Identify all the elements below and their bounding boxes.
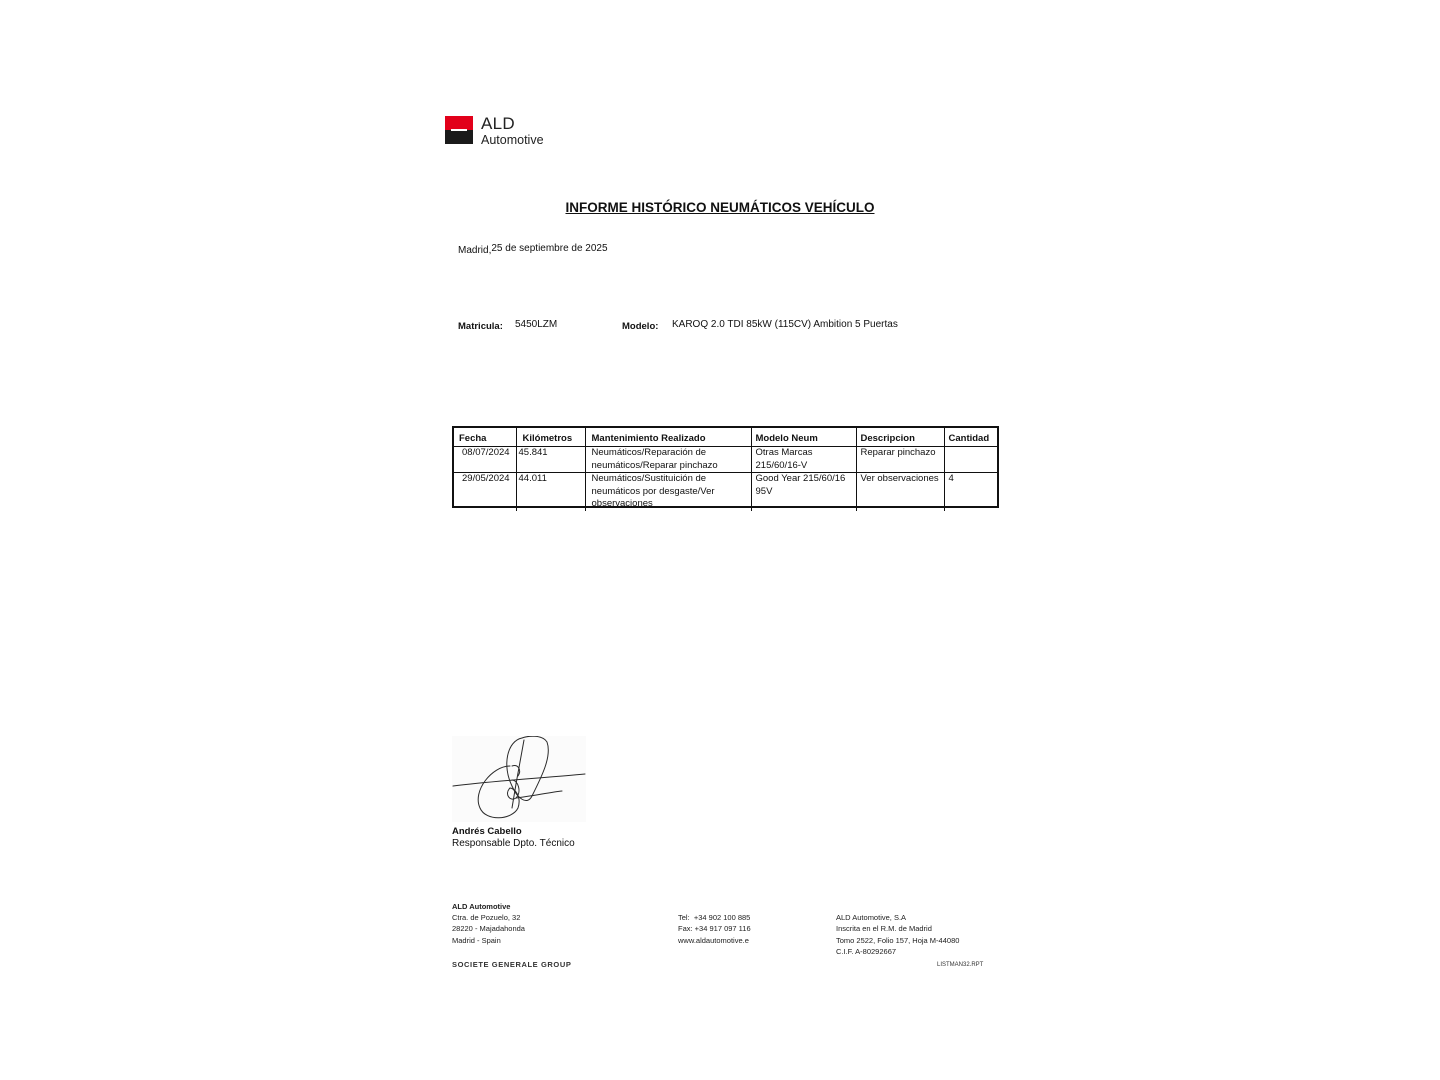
cell-descripcion: Reparar pinchazo — [856, 447, 944, 473]
footer-website: www.aldautomotive.e — [678, 935, 751, 946]
signatory-name: Andrés Cabello — [452, 826, 522, 837]
cell-cantidad: 4 — [944, 473, 997, 511]
footer-address-line: 28220 - Majadahonda — [452, 923, 525, 934]
cell-fecha: 29/05/2024 — [454, 473, 516, 511]
table-row: 08/07/2024 45.841 Neumáticos/Reparación … — [454, 447, 997, 473]
report-code: LISTMAN32.RPT — [937, 962, 983, 968]
footer-company: ALD Automotive — [452, 901, 510, 912]
header-kilometros: Kilómetros — [516, 428, 585, 447]
cell-kilometros: 45.841 — [516, 447, 585, 473]
table-header-row: Fecha Kilómetros Mantenimiento Realizado… — [454, 428, 997, 447]
signatory-role: Responsable Dpto. Técnico — [452, 838, 575, 849]
footer-legal: ALD Automotive, S.A Inscrita en el R.M. … — [836, 912, 959, 957]
header-cantidad: Cantidad — [944, 428, 997, 447]
footer-legal-line: Tomo 2522, Folio 157, Hoja M-44080 — [836, 935, 959, 946]
modelo-value: KAROQ 2.0 TDI 85kW (115CV) Ambition 5 Pu… — [672, 319, 898, 330]
footer-address-line: Madrid - Spain — [452, 935, 525, 946]
cell-descripcion: Ver observaciones — [856, 473, 944, 511]
footer-address-line: Ctra. de Pozuelo, 32 — [452, 912, 525, 923]
logo-subtitle: Automotive — [481, 133, 544, 147]
cell-kilometros: 44.011 — [516, 473, 585, 511]
cell-fecha: 08/07/2024 — [454, 447, 516, 473]
logo-brand: ALD — [481, 114, 515, 134]
cell-modelo-neum: Good Year 215/60/16 95V — [751, 473, 856, 511]
header-fecha: Fecha — [454, 428, 516, 447]
cell-mantenimiento: Neumáticos/Reparación de neumáticos/Repa… — [585, 447, 751, 473]
header-descripcion: Descripcion — [856, 428, 944, 447]
societe-generale-group: SOCIETE GENERALE GROUP — [452, 960, 571, 969]
header-modelo-neum: Modelo Neum — [751, 428, 856, 447]
footer-phone: Tel: +34 902 100 885 — [678, 912, 751, 923]
matricula-label: Matricula: — [458, 321, 503, 332]
cell-modelo-neum: Otras Marcas 215/60/16-V — [751, 447, 856, 473]
document-title: INFORME HISTÓRICO NEUMÁTICOS VEHÍCULO — [0, 200, 1440, 215]
date-city: Madrid, — [458, 245, 491, 256]
cell-mantenimiento: Neumáticos/Sustituición de neumáticos po… — [585, 473, 751, 511]
ald-automotive-logo: ALD Automotive — [445, 116, 555, 148]
signature-image — [452, 736, 586, 822]
footer-legal-line: Inscrita en el R.M. de Madrid — [836, 923, 959, 934]
date-line: Madrid,25 de septiembre de 2025 — [458, 243, 608, 254]
footer-legal-line: C.I.F. A-80292667 — [836, 946, 959, 957]
tire-history-table: Fecha Kilómetros Mantenimiento Realizado… — [452, 426, 999, 508]
header-mantenimiento: Mantenimiento Realizado — [585, 428, 751, 447]
footer-fax: Fax: +34 917 097 116 — [678, 923, 751, 934]
table-row: 29/05/2024 44.011 Neumáticos/Sustituició… — [454, 473, 997, 511]
matricula-value: 5450LZM — [515, 319, 557, 330]
cell-cantidad — [944, 447, 997, 473]
date-value: 25 de septiembre de 2025 — [491, 243, 607, 254]
modelo-label: Modelo: — [622, 321, 658, 332]
signature-scribble-icon — [452, 736, 586, 822]
footer-contact: Tel: +34 902 100 885 Fax: +34 917 097 11… — [678, 912, 751, 946]
footer-address: Ctra. de Pozuelo, 32 28220 - Majadahonda… — [452, 912, 525, 946]
logo-mark-icon — [445, 116, 473, 144]
footer-legal-line: ALD Automotive, S.A — [836, 912, 959, 923]
